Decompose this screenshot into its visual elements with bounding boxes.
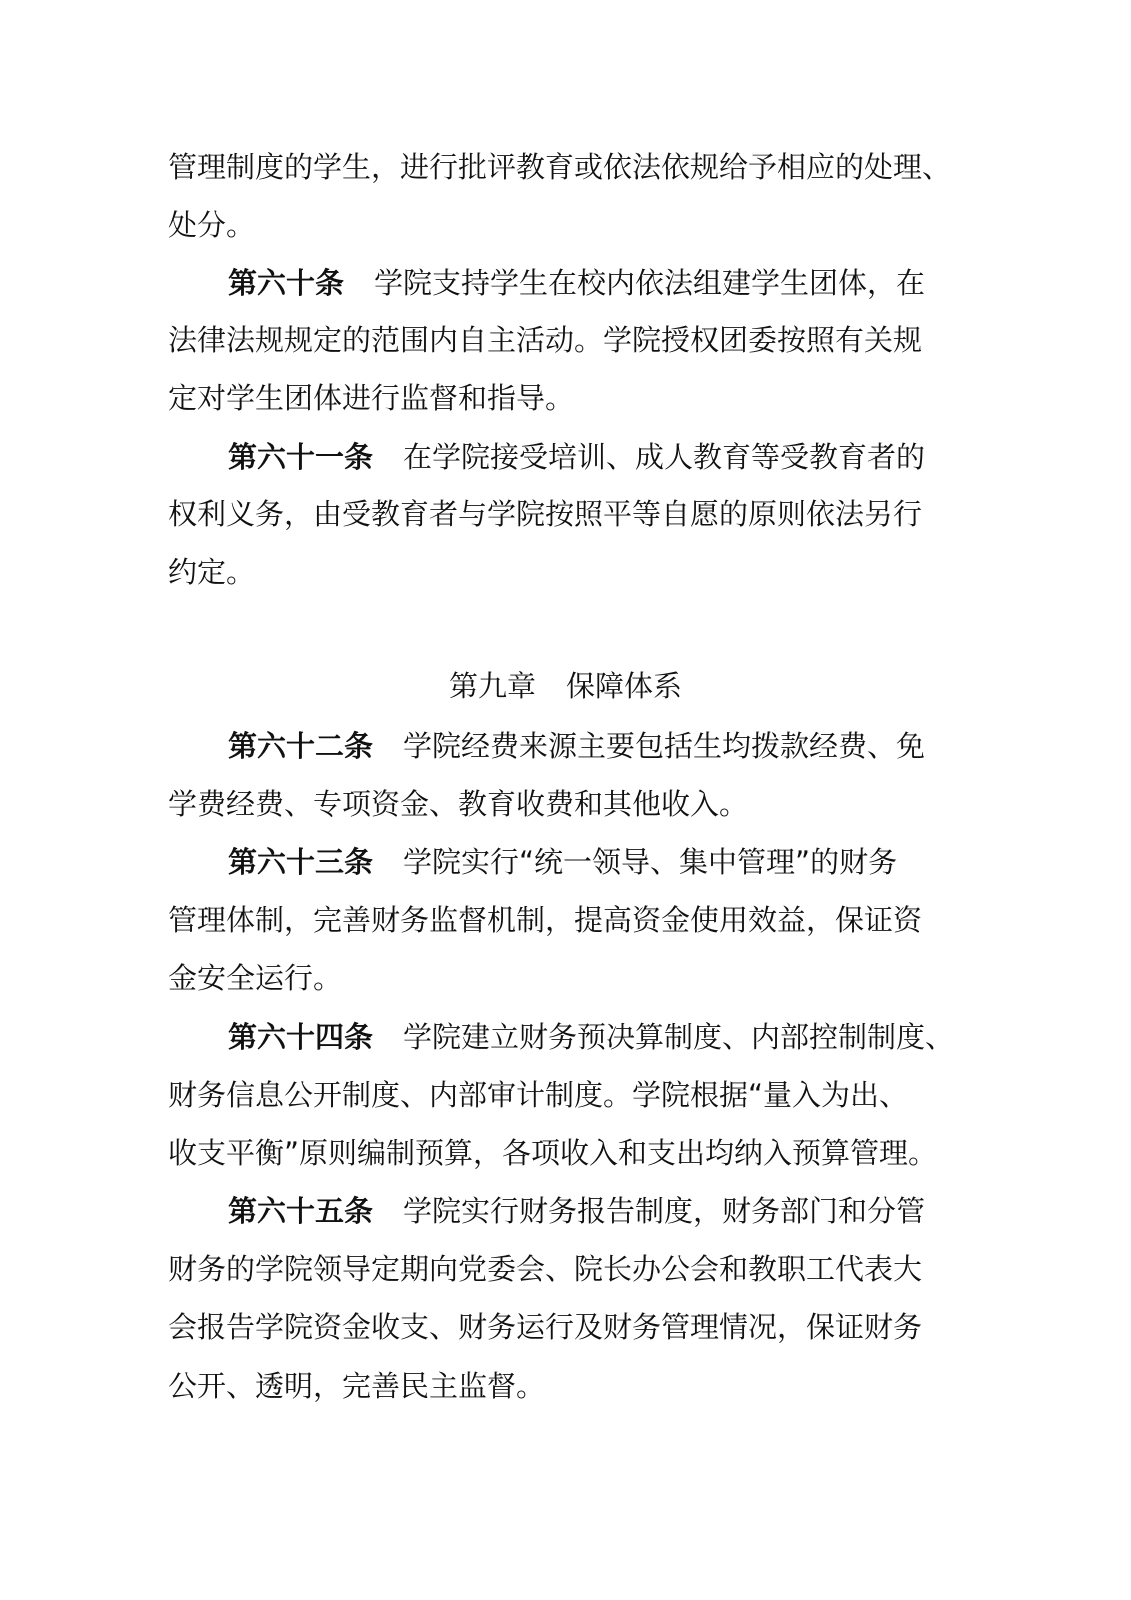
paragraph-line: 管理制度的学生，进行批评教育或依法依规给予相应的处理、 — [168, 147, 958, 187]
body-text: 学院支持学生在校内依法组建学生团体，在 — [374, 266, 925, 300]
body-text: 约定。 — [168, 555, 255, 589]
body-text: 收支平衡”原则编制预算，各项收入和支出均纳入预算管理。 — [168, 1136, 937, 1170]
article-65-line-1: 第六十五条学院实行财务报告制度，财务部门和分管 — [228, 1191, 958, 1231]
paragraph-line: 处分。 — [168, 205, 958, 245]
chapter-heading: 第九章保障体系 — [0, 666, 1131, 706]
paragraph-line: 公开、透明，完善民主监督。 — [168, 1366, 958, 1406]
article-62-line-1: 第六十二条学院经费来源主要包括生均拨款经费、免 — [228, 726, 958, 766]
body-text: 公开、透明，完善民主监督。 — [168, 1369, 545, 1403]
paragraph-line: 约定。 — [168, 552, 958, 592]
article-61-line-1: 第六十一条在学院接受培训、成人教育等受教育者的 — [228, 437, 958, 477]
body-text: 学院实行财务报告制度，财务部门和分管 — [403, 1194, 925, 1228]
body-text: 管理体制，完善财务监督机制，提高资金使用效益，保证资 — [168, 903, 922, 937]
paragraph-line: 金安全运行。 — [168, 958, 958, 998]
body-text: 在学院接受培训、成人教育等受教育者的 — [403, 440, 925, 474]
body-text: 财务的学院领导定期向党委会、院长办公会和教职工代表大 — [168, 1252, 922, 1286]
article-number: 第六十一条 — [228, 440, 373, 474]
document-page: 管理制度的学生，进行批评教育或依法依规给予相应的处理、 处分。 第六十条学院支持… — [0, 0, 1131, 1600]
article-number: 第六十条 — [228, 266, 344, 300]
chapter-number: 第九章 — [449, 669, 536, 703]
body-text: 定对学生团体进行监督和指导。 — [168, 381, 574, 415]
paragraph-line: 财务信息公开制度、内部审计制度。学院根据“量入为出、 — [168, 1075, 958, 1115]
paragraph-line: 会报告学院资金收支、财务运行及财务管理情况，保证财务 — [168, 1307, 958, 1347]
paragraph-line: 收支平衡”原则编制预算，各项收入和支出均纳入预算管理。 — [168, 1133, 958, 1173]
body-text: 管理制度的学生，进行批评教育或依法依规给予相应的处理、 — [168, 150, 951, 184]
chapter-title: 保障体系 — [566, 669, 682, 703]
body-text: 学院实行“统一领导、集中管理”的财务 — [403, 845, 897, 879]
body-text: 学院经费来源主要包括生均拨款经费、免 — [403, 729, 925, 763]
body-text: 金安全运行。 — [168, 961, 342, 995]
body-text: 权利义务，由受教育者与学院按照平等自愿的原则依法另行 — [168, 497, 922, 531]
paragraph-line: 财务的学院领导定期向党委会、院长办公会和教职工代表大 — [168, 1249, 958, 1289]
body-text: 学费经费、专项资金、教育收费和其他收入。 — [168, 787, 748, 821]
article-63-line-1: 第六十三条学院实行“统一领导、集中管理”的财务 — [228, 842, 958, 882]
article-64-line-1: 第六十四条学院建立财务预决算制度、内部控制制度、 — [228, 1017, 958, 1057]
paragraph-line: 权利义务，由受教育者与学院按照平等自愿的原则依法另行 — [168, 494, 958, 534]
paragraph-line: 法律法规规定的范围内自主活动。学院授权团委按照有关规 — [168, 320, 958, 360]
article-60-line-1: 第六十条学院支持学生在校内依法组建学生团体，在 — [228, 263, 958, 303]
paragraph-line: 学费经费、专项资金、教育收费和其他收入。 — [168, 784, 958, 824]
paragraph-line: 管理体制，完善财务监督机制，提高资金使用效益，保证资 — [168, 900, 958, 940]
article-number: 第六十五条 — [228, 1194, 373, 1228]
body-text: 会报告学院资金收支、财务运行及财务管理情况，保证财务 — [168, 1310, 922, 1344]
paragraph-line: 定对学生团体进行监督和指导。 — [168, 378, 958, 418]
body-text: 法律法规规定的范围内自主活动。学院授权团委按照有关规 — [168, 323, 922, 357]
body-text: 财务信息公开制度、内部审计制度。学院根据“量入为出、 — [168, 1078, 908, 1112]
article-number: 第六十四条 — [228, 1020, 373, 1054]
article-number: 第六十二条 — [228, 729, 373, 763]
body-text: 学院建立财务预决算制度、内部控制制度、 — [403, 1020, 954, 1054]
body-text: 处分。 — [168, 208, 255, 242]
article-number: 第六十三条 — [228, 845, 373, 879]
